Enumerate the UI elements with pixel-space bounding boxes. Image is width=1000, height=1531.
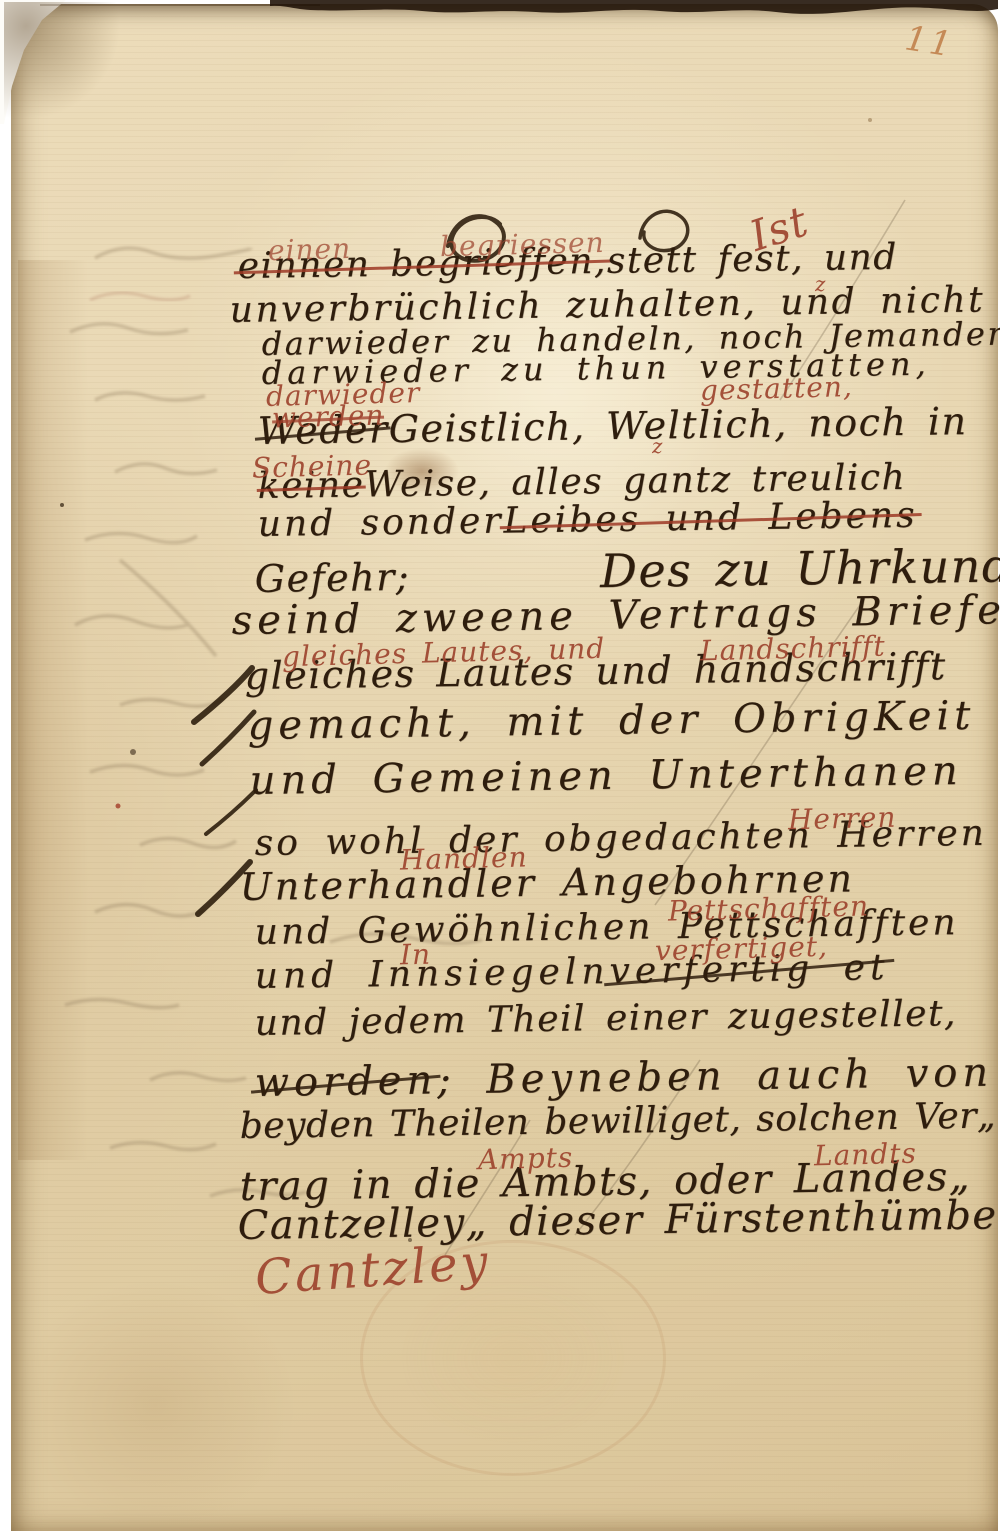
manuscript-line: Cantzelley„ dieser Fürstenthümber bbox=[237, 1194, 1000, 1247]
correction-note: Handlen bbox=[400, 840, 528, 876]
correction-note: einen bbox=[268, 232, 352, 267]
manuscript-line: und sonder Leibes und Lebens bbox=[257, 497, 917, 544]
manuscript-line: gemacht, mit der ObrigKeit bbox=[247, 695, 975, 747]
correction-note: begriessen bbox=[440, 226, 605, 263]
correction-note: Scheine bbox=[252, 448, 373, 484]
correction-note: verfertiget, bbox=[655, 930, 829, 968]
correction-note: gestatten, bbox=[700, 370, 854, 407]
corner-crease-shading bbox=[4, 2, 174, 172]
insertion-caret: z bbox=[652, 434, 664, 458]
correction-note: In bbox=[400, 938, 432, 972]
scanned-manuscript-screenshot: { "document": { "page_number": "11", "co… bbox=[0, 0, 1000, 1531]
deckle-edge bbox=[270, 0, 998, 20]
manuscript-line: und jedem Theil einer zugestellet, bbox=[254, 995, 957, 1043]
correction-note: Landschrifft bbox=[700, 630, 886, 668]
correction-note: Ampts bbox=[478, 1141, 574, 1176]
correction-note: werden bbox=[272, 399, 385, 435]
page-number: 11 bbox=[902, 18, 957, 65]
correction-note: Herren bbox=[788, 801, 897, 837]
manuscript-line: und Gemeinen Unterthanen bbox=[249, 750, 963, 802]
insertion-caret: z bbox=[815, 272, 827, 296]
correction-note: Pettschafften bbox=[668, 889, 870, 927]
correction-note: Landts bbox=[814, 1137, 918, 1173]
bottom-left-foxing bbox=[15, 1280, 295, 1530]
mid-left-age-band bbox=[18, 260, 88, 1160]
